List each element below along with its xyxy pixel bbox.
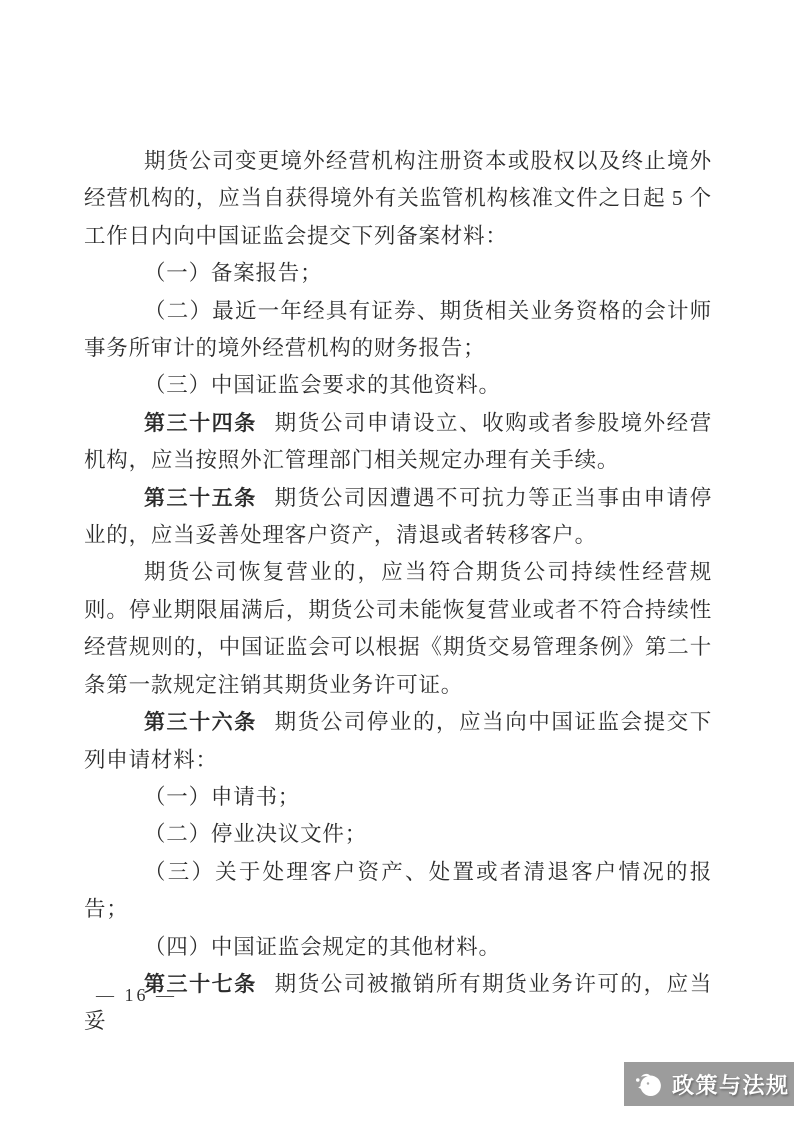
document-page: 期货公司变更境外经营机构注册资本或股权以及终止境外经营机构的，应当自获得境外有关… — [0, 0, 794, 1123]
body-paragraph: （四）中国证监会规定的其他材料。 — [84, 929, 712, 966]
body-paragraph: 期货公司恢复营业的，应当符合期货公司持续性经营规则。停业期限届满后，期货公司未能… — [84, 554, 712, 704]
article-number: 第三十六条 — [144, 711, 257, 734]
body-paragraph: 期货公司变更境外经营机构注册资本或股权以及终止境外经营机构的，应当自获得境外有关… — [84, 143, 712, 255]
body-paragraph: （三）关于处理客户资产、处置或者清退客户情况的报告； — [84, 854, 712, 929]
article-paragraph: 第三十五条期货公司因遭遇不可抗力等正当事由申请停业的，应当妥善处理客户资产，清退… — [84, 480, 712, 555]
body-paragraph: （二）停业决议文件； — [84, 816, 712, 853]
page-number: — 16 — — [96, 985, 177, 1006]
article-paragraph: 第三十四条期货公司申请设立、收购或者参股境外经营机构，应当按照外汇管理部门相关规… — [84, 405, 712, 480]
article-number: 第三十五条 — [144, 487, 257, 510]
account-watermark-label: 政策与法规 — [672, 1069, 790, 1100]
body-paragraph: （一）申请书； — [84, 779, 712, 816]
body-paragraph: （一）备案报告； — [84, 255, 712, 292]
bird-logo-icon — [632, 1068, 664, 1100]
article-paragraph: 第三十六条期货公司停业的，应当向中国证监会提交下列申请材料： — [84, 704, 712, 779]
article-number: 第三十四条 — [144, 412, 257, 435]
document-body: 期货公司变更境外经营机构注册资本或股权以及终止境外经营机构的，应当自获得境外有关… — [84, 143, 712, 1041]
body-paragraph: （二）最近一年经具有证券、期货相关业务资格的会计师事务所审计的境外经营机构的财务… — [84, 293, 712, 368]
body-paragraph: （三）中国证监会要求的其他资料。 — [84, 367, 712, 404]
account-watermark-bar: 政策与法规 — [624, 1062, 794, 1106]
article-paragraph: 第三十七条期货公司被撤销所有期货业务许可的，应当妥 — [84, 966, 712, 1041]
